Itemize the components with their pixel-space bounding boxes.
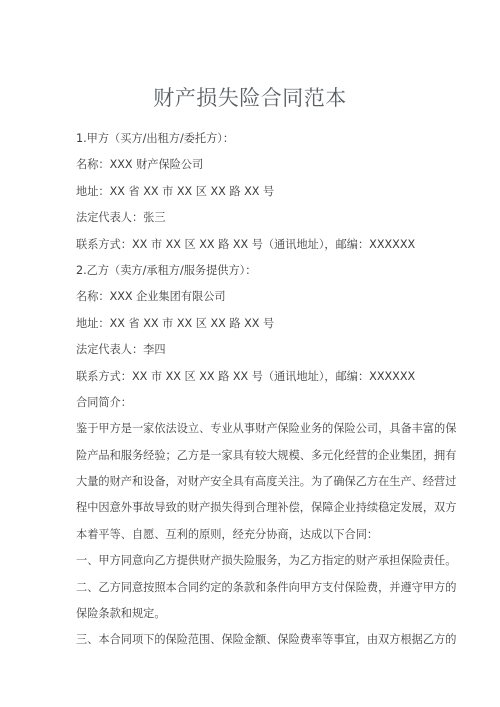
intro-paragraph-line: 鉴于甲方是一家依法设立、专业从事财产保险业务的保险公司，具备丰富的保: [76, 416, 426, 442]
intro-paragraph-line: 险产品和服务经验；乙方是一家具有较大规模、多元化经营的企业集团，拥有: [76, 443, 426, 469]
clause-2: 二、乙方同意按照本合同约定的条款和条件向甲方支付保险费，并遵守甲方的: [76, 575, 426, 601]
document-page: 财产损失险合同范本 1.甲方（买方/出租方/委托方）： 名称：XXX 财产保险公…: [0, 0, 500, 707]
contract-intro-heading: 合同简介：: [76, 390, 426, 416]
party-a-name: 名称：XXX 财产保险公司: [76, 152, 426, 178]
party-b-heading: 2.乙方（卖方/承租方/服务提供方）：: [76, 258, 426, 284]
clause-1: 一、甲方同意向乙方提供财产损失险服务，为乙方指定的财产承担保险责任。: [76, 548, 426, 574]
clause-2-continued: 保险条款和规定。: [76, 601, 426, 627]
clause-3: 三、本合同项下的保险范围、保险金额、保险费率等事宜，由双方根据乙方的: [76, 627, 426, 653]
party-a-heading: 1.甲方（买方/出租方/委托方）：: [76, 126, 426, 152]
document-body: 1.甲方（买方/出租方/委托方）： 名称：XXX 财产保险公司 地址：XX 省 …: [76, 126, 426, 654]
party-a-contact: 联系方式：XX 市 XX 区 XX 路 XX 号（通讯地址），邮编：XXXXXX: [76, 232, 426, 258]
intro-paragraph-line: 程中因意外事故导致的财产损失得到合理补偿，保障企业持续稳定发展，双方: [76, 495, 426, 521]
party-b-address: 地址：XX 省 XX 市 XX 区 XX 路 XX 号: [76, 311, 426, 337]
document-title: 财产损失险合同范本: [0, 84, 500, 112]
party-b-name: 名称：XXX 企业集团有限公司: [76, 284, 426, 310]
intro-paragraph-line: 本着平等、自愿、互利的原则，经充分协商，达成以下合同：: [76, 522, 426, 548]
party-a-legal-representative: 法定代表人：张三: [76, 205, 426, 231]
intro-paragraph-line: 大量的财产和设备，对财产安全具有高度关注。为了确保乙方在生产、经营过: [76, 469, 426, 495]
party-a-address: 地址：XX 省 XX 市 XX 区 XX 路 XX 号: [76, 179, 426, 205]
party-b-contact: 联系方式：XX 市 XX 区 XX 路 XX 号（通讯地址），邮编：XXXXXX: [76, 364, 426, 390]
party-b-legal-representative: 法定代表人：李四: [76, 337, 426, 363]
